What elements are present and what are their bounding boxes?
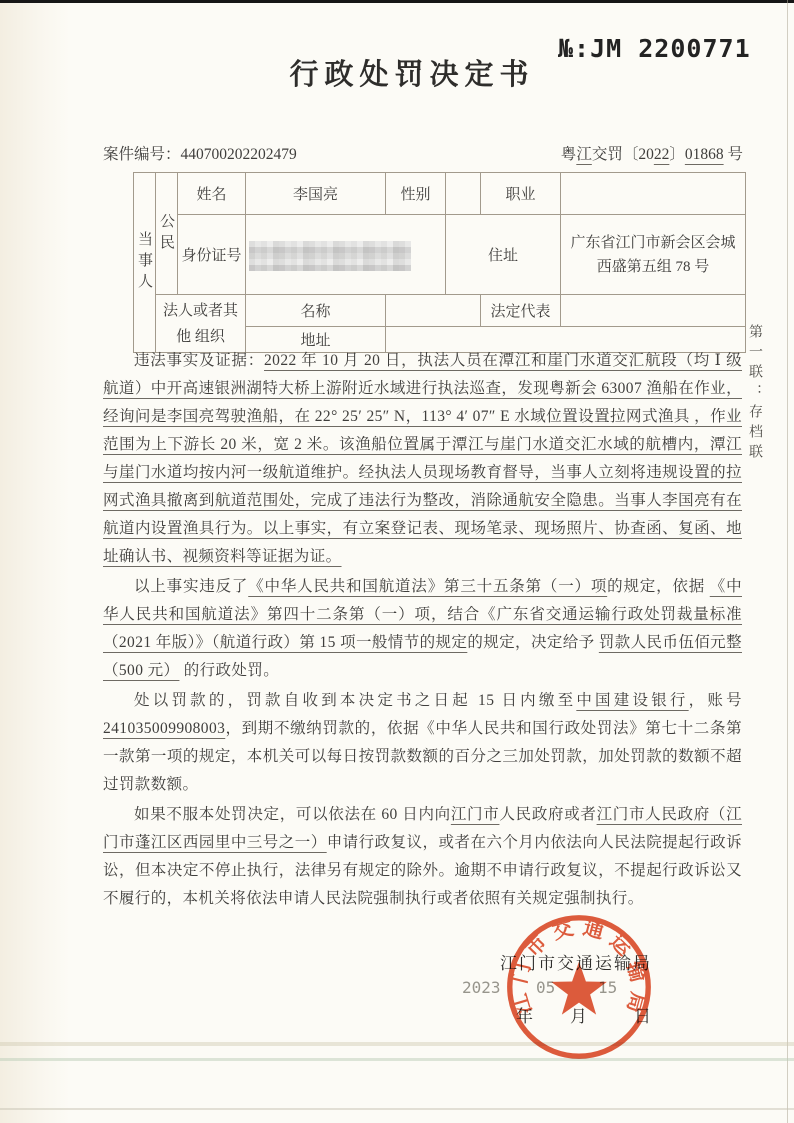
case-number-row: 案件编号：440700202202479 粤江交罚〔2022〕01868 号	[103, 142, 743, 164]
copy-note-vertical: 第一联：存档联	[744, 324, 764, 464]
appeal-rights-paragraph: 如果不服本处罚决定，可以依法在 60 日内向江门市人民政府或者江门市人民政府（江…	[103, 801, 742, 913]
id-value-cell	[246, 215, 446, 295]
case-number: 案件编号：440700202202479	[103, 142, 297, 164]
document-reference-number: 粤江交罚〔2022〕01868 号	[561, 142, 743, 164]
payment-instructions-paragraph: 处以罚款的，罚款自收到本决定书之日起 15 日内缴至中国建设银行，账号 2410…	[103, 687, 742, 799]
id-number-redacted-mosaic	[249, 241, 411, 271]
scan-right-edge	[787, 0, 788, 1123]
legal-org-label-cell: 法人或者其他 组织	[156, 295, 246, 353]
citizen-label-cell: 公民	[156, 173, 178, 295]
sex-value-cell	[446, 173, 481, 215]
official-red-seal: 江门市交通运输局	[501, 909, 657, 1065]
facts-and-evidence-paragraph: 违法事实及证据：2022 年 10 月 20 日，执法人员在潭江和崖门水道交汇航…	[103, 347, 742, 571]
scan-streak	[0, 1058, 794, 1061]
address-value-cell: 广东省江门市新会区会城西盛第五组 78 号	[561, 215, 746, 295]
scan-top-edge	[0, 0, 794, 3]
address-label-cell: 住址	[446, 215, 561, 295]
legal-rep-label-cell: 法定代表	[481, 295, 561, 327]
seal-star-icon	[551, 962, 607, 1015]
scan-streak	[0, 1108, 794, 1110]
party-label-cell: 当事人	[134, 173, 156, 353]
org-name-value-cell	[386, 295, 481, 327]
party-info-table: 当事人 公民 姓名 李国亮 性别 职业 身份证号 住址 广东省江门市新会区会城西…	[133, 172, 746, 353]
legal-basis-penalty-paragraph: 以上事实违反了《中华人民共和国航道法》第三十五条第（一）项的规定，依据 《中华人…	[103, 573, 742, 685]
name-value-cell: 李国亮	[246, 173, 386, 215]
sex-label-cell: 性别	[386, 173, 446, 215]
scan-streak	[0, 1042, 794, 1046]
occupation-label-cell: 职业	[481, 173, 561, 215]
name-label-cell: 姓名	[178, 173, 246, 215]
legal-rep-value-cell	[561, 295, 746, 327]
date-year-value: 2023	[462, 978, 501, 997]
page-title: 行政处罚决定书	[0, 52, 794, 93]
document-body: 违法事实及证据：2022 年 10 月 20 日，执法人员在潭江和崖门水道交汇航…	[103, 347, 742, 915]
org-name-label-cell: 名称	[246, 295, 386, 327]
id-label-cell: 身份证号	[178, 215, 246, 295]
occupation-value-cell	[561, 173, 746, 215]
